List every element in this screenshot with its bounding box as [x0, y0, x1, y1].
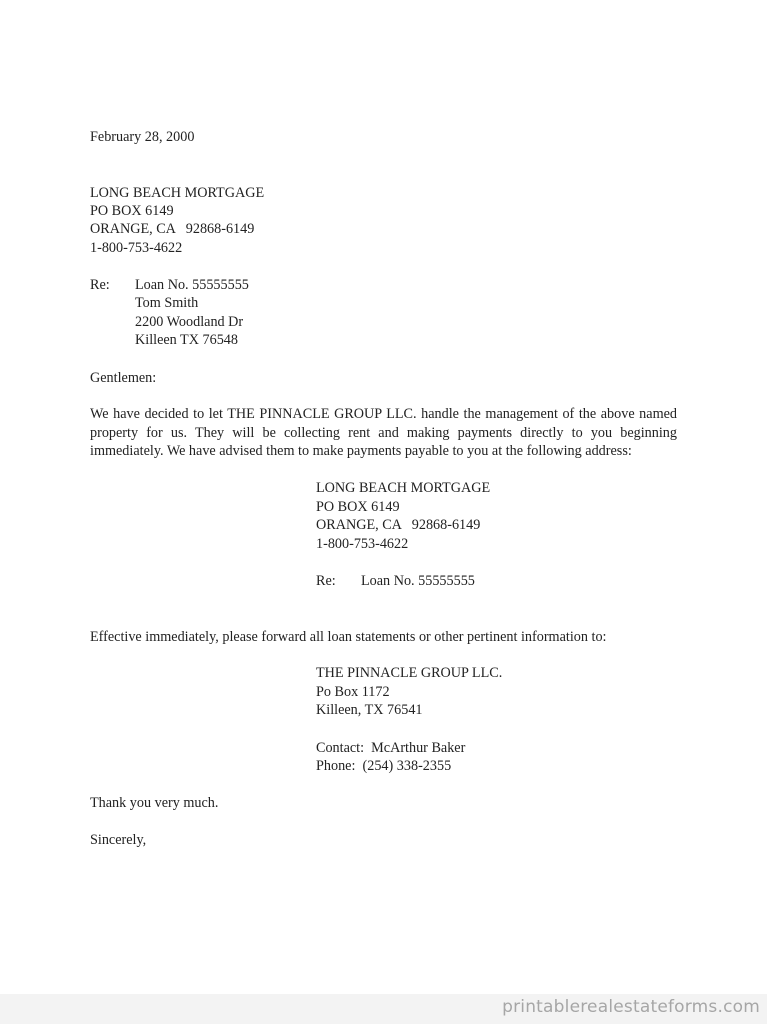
payment-address-line-1: PO BOX 6149	[316, 498, 400, 516]
body-paragraph-line: property for us. They will be collecting…	[90, 424, 677, 443]
payment-address-line-2: ORANGE, CA 92868-6149	[316, 516, 480, 534]
forward-address-line-2: Killeen, TX 76541	[316, 701, 423, 719]
footer-watermark: printablerealestateforms.com	[502, 997, 760, 1017]
forward-phone: Phone: (254) 338-2355	[316, 757, 451, 775]
re-property-street: 2200 Woodland Dr	[135, 313, 243, 331]
closing-thanks: Thank you very much.	[90, 794, 218, 812]
body-paragraph: We have decided to let THE PINNACLE GROU…	[90, 405, 677, 461]
re-property-city: Killeen TX 76548	[135, 331, 238, 349]
re-loan-number: Loan No. 55555555	[135, 276, 249, 294]
recipient-phone: 1-800-753-4622	[90, 239, 182, 257]
re-borrower-name: Tom Smith	[135, 294, 198, 312]
forward-address-line-1: Po Box 1172	[316, 683, 390, 701]
body-paragraph-line: We have decided to let THE PINNACLE GROU…	[90, 405, 677, 424]
forward-name: THE PINNACLE GROUP LLC.	[316, 664, 502, 682]
recipient-name: LONG BEACH MORTGAGE	[90, 184, 264, 202]
footer-bar: printablerealestateforms.com	[0, 994, 767, 1024]
forward-paragraph: Effective immediately, please forward al…	[90, 628, 607, 646]
closing-signoff: Sincerely,	[90, 831, 146, 849]
recipient-address-line-1: PO BOX 6149	[90, 202, 174, 220]
re-label: Re:	[90, 276, 110, 294]
body-paragraph-line: immediately. We have advised them to mak…	[90, 442, 677, 461]
payment-re-loan-number: Loan No. 55555555	[361, 572, 475, 590]
recipient-address-line-2: ORANGE, CA 92868-6149	[90, 220, 254, 238]
forward-contact: Contact: McArthur Baker	[316, 739, 465, 757]
letter-date: February 28, 2000	[90, 128, 194, 146]
payment-phone: 1-800-753-4622	[316, 535, 408, 553]
salutation: Gentlemen:	[90, 369, 156, 387]
payment-name: LONG BEACH MORTGAGE	[316, 479, 490, 497]
letter-page: February 28, 2000 LONG BEACH MORTGAGE PO…	[0, 0, 767, 1024]
payment-re-label: Re:	[316, 572, 336, 590]
